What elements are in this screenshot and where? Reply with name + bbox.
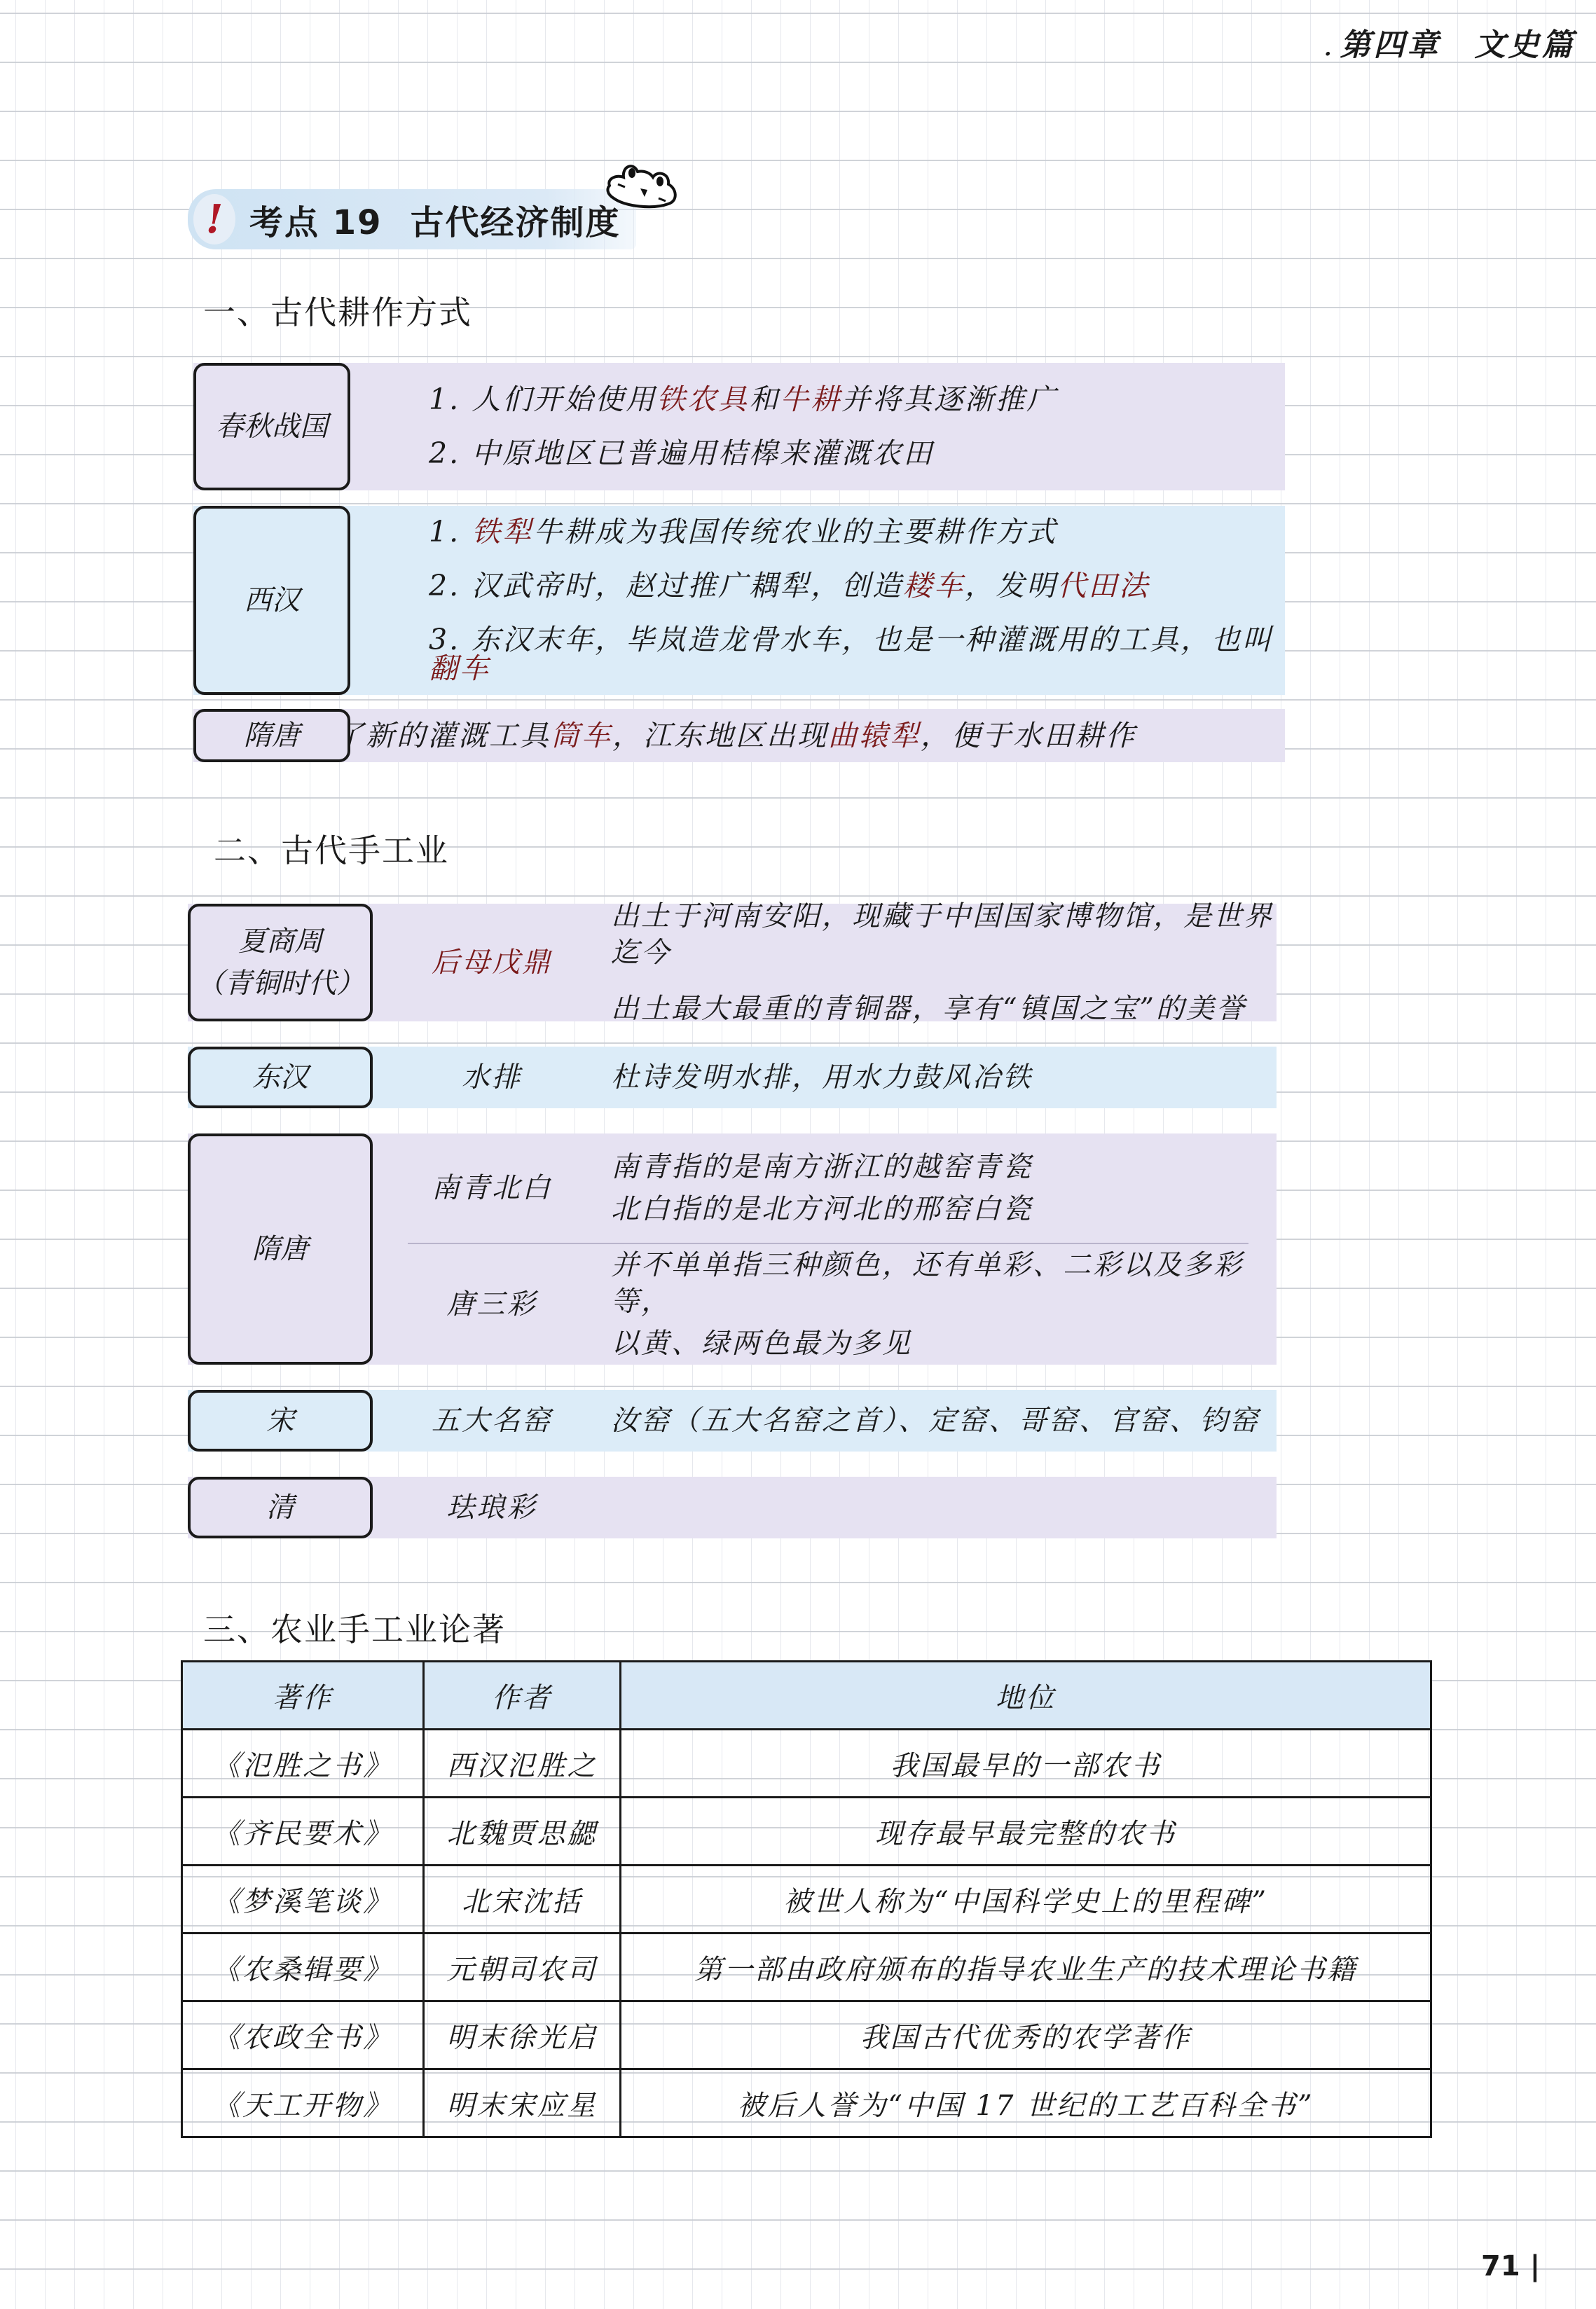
handicraft-row: 夏商周 （青铜时代）后母戊鼎出土于河南安阳，现藏于中国国家博物馆，是世界迄今出土… bbox=[188, 904, 1277, 1021]
text-segment: 牛耕成为我国传统农业的主要耕作方式 bbox=[533, 515, 1057, 549]
treatises-table: 著作 作者 地位 《氾胜之书》西汉氾胜之我国最早的一部农书《齐民要术》北魏贾思勰… bbox=[181, 1660, 1432, 2138]
key-point-label: 考点 19 bbox=[249, 203, 383, 242]
author: 北宋沈括 bbox=[424, 1866, 621, 1934]
detail-line: 2. 中原地区已普遍用桔槔来灌溉农田 bbox=[429, 427, 1285, 481]
section-heading: 一、古代耕作方式 bbox=[203, 287, 472, 333]
detail-line: 3. 东汉末年，毕岚造龙骨水车，也是一种灌溉用的工具，也叫翻车 bbox=[429, 613, 1285, 696]
table-row: 《氾胜之书》西汉氾胜之我国最早的一部农书 bbox=[182, 1730, 1431, 1798]
craft-description: 杜诗发明水排，用水力鼓风冶铁 bbox=[611, 1056, 1277, 1098]
farming-row: 西汉1. 铁犁牛耕成为我国传统农业的主要耕作方式2. 汉武帝时，赵过推广耦犁，创… bbox=[193, 506, 1285, 695]
significance: 被后人誉为“中国 17 世纪的工艺百科全书” bbox=[621, 2069, 1431, 2137]
key-term: 代田法 bbox=[1057, 569, 1150, 602]
text-segment: 2. 中原地区已普遍用桔槔来灌溉农田 bbox=[429, 436, 934, 470]
period-label: 东汉 bbox=[188, 1047, 373, 1108]
description-line: 北白指的是北方河北的邢窑白瓷 bbox=[611, 1188, 1277, 1230]
description-line: 并不单单指三种颜色，还有单彩、二彩以及多彩等， bbox=[611, 1244, 1277, 1323]
key-term: 牛耕 bbox=[780, 382, 841, 416]
chapter-header: .第四章 文史篇 bbox=[1324, 20, 1575, 64]
table-header-row: 著作 作者 地位 bbox=[182, 1662, 1431, 1730]
author: 明末宋应星 bbox=[424, 2069, 621, 2137]
farming-details: 创制了新的灌溉工具筒车，江东地区出现曲辕犁，便于水田耕作 bbox=[193, 709, 1285, 762]
header-dot: . bbox=[1324, 36, 1334, 61]
period-label: 夏商周 （青铜时代） bbox=[188, 904, 373, 1021]
work-title: 《齐民要术》 bbox=[182, 1798, 424, 1866]
craft-description: 汝窑（五大名窑之首）、定窑、哥窑、官窑、钧窑 bbox=[611, 1400, 1277, 1442]
farming-details: 1. 铁犁牛耕成为我国传统农业的主要耕作方式2. 汉武帝时，赵过推广耦犁，创造耧… bbox=[193, 506, 1285, 695]
farming-row: 隋唐创制了新的灌溉工具筒车，江东地区出现曲辕犁，便于水田耕作 bbox=[193, 709, 1285, 762]
handicraft-row: 隋唐南青北白南青指的是南方浙江的越窑青瓷北白指的是北方河北的邢窑白瓷唐三彩并不单… bbox=[188, 1133, 1277, 1365]
author: 北魏贾思勰 bbox=[424, 1798, 621, 1866]
period-label: 宋 bbox=[188, 1390, 373, 1452]
craft-item: 唐三彩并不单单指三种颜色，还有单彩、二彩以及多彩等，以黄、绿两色最为多见 bbox=[373, 1244, 1277, 1365]
table-row: 《农桑辑要》元朝司农司第一部由政府颁布的指导农业生产的技术理论书籍 bbox=[182, 1934, 1431, 2001]
craft-name: 珐琅彩 bbox=[373, 1494, 611, 1522]
key-point-topic: 古代经济制度 bbox=[411, 203, 621, 242]
craft-item: 水排杜诗发明水排，用水力鼓风冶铁 bbox=[373, 1047, 1277, 1108]
period-label: 隋唐 bbox=[193, 709, 350, 762]
craft-name: 水排 bbox=[373, 1063, 611, 1091]
text-segment: 1. bbox=[429, 515, 472, 549]
page-number: 71 | bbox=[1481, 2250, 1540, 2282]
craft-item: 五大名窑汝窑（五大名窑之首）、定窑、哥窑、官窑、钧窑 bbox=[373, 1390, 1277, 1452]
work-title: 《农政全书》 bbox=[182, 2001, 424, 2069]
text-segment: 2. 汉武帝时，赵过推广耦犁，创造 bbox=[429, 569, 903, 602]
detail-line: 2. 汉武帝时，赵过推广耦犁，创造耧车，发明代田法 bbox=[429, 559, 1285, 613]
period-label: 隋唐 bbox=[188, 1133, 373, 1365]
exclamation-icon: ! bbox=[193, 194, 235, 244]
work-title: 《天工开物》 bbox=[182, 2069, 424, 2137]
author: 元朝司农司 bbox=[424, 1934, 621, 2001]
author: 西汉氾胜之 bbox=[424, 1730, 621, 1798]
table-row: 《天工开物》明末宋应星被后人誉为“中国 17 世纪的工艺百科全书” bbox=[182, 2069, 1431, 2137]
farming-details: 1. 人们开始使用铁农具和牛耕并将其逐渐推广2. 中原地区已普遍用桔槔来灌溉农田 bbox=[193, 363, 1285, 490]
work-title: 《农桑辑要》 bbox=[182, 1934, 424, 2001]
key-point-banner: ! 考点 19古代经济制度 bbox=[188, 189, 636, 249]
detail-line: 创制了新的灌溉工具筒车，江东地区出现曲辕犁，便于水田耕作 bbox=[273, 709, 1285, 763]
significance: 现存最早最完整的农书 bbox=[621, 1798, 1431, 1866]
table-row: 《农政全书》明末徐光启我国古代优秀的农学著作 bbox=[182, 2001, 1431, 2069]
craft-description: 出土于河南安阳，现藏于中国国家博物馆，是世界迄今出土最大最重的青铜器，享有“镇国… bbox=[611, 888, 1277, 1037]
detail-line: 1. 人们开始使用铁农具和牛耕并将其逐渐推广 bbox=[429, 373, 1285, 427]
description-line: 出土最大最重的青铜器，享有“镇国之宝”的美誉 bbox=[611, 981, 1277, 1037]
description-line: 南青指的是南方浙江的越窑青瓷 bbox=[611, 1146, 1277, 1188]
period-label: 清 bbox=[188, 1477, 373, 1538]
period-label: 西汉 bbox=[193, 506, 350, 695]
significance: 我国古代优秀的农学著作 bbox=[621, 2001, 1431, 2069]
period-label: 春秋战国 bbox=[193, 363, 350, 490]
craft-name: 南青北白 bbox=[373, 1174, 611, 1202]
significance: 我国最早的一部农书 bbox=[621, 1730, 1431, 1798]
key-term: 铁农具 bbox=[656, 382, 749, 416]
col-header-status: 地位 bbox=[621, 1662, 1431, 1730]
section-heading: 二、古代手工业 bbox=[214, 825, 449, 871]
description-line: 杜诗发明水排，用水力鼓风冶铁 bbox=[611, 1056, 1277, 1098]
col-header-author: 作者 bbox=[424, 1662, 621, 1730]
section-heading: 三、农业手工业论著 bbox=[203, 1604, 506, 1650]
craft-item: 珐琅彩 bbox=[373, 1477, 1277, 1538]
table-row: 《梦溪笔谈》北宋沈括被世人称为“中国科学史上的里程碑” bbox=[182, 1866, 1431, 1934]
key-term: 铁犁 bbox=[472, 515, 533, 549]
key-point-title: 考点 19古代经济制度 bbox=[249, 195, 621, 244]
detail-line: 1. 铁犁牛耕成为我国传统农业的主要耕作方式 bbox=[429, 505, 1285, 559]
craft-name: 后母戊鼎 bbox=[373, 949, 611, 977]
significance: 被世人称为“中国科学史上的里程碑” bbox=[621, 1866, 1431, 1934]
handicraft-row: 东汉水排杜诗发明水排，用水力鼓风冶铁 bbox=[188, 1047, 1277, 1108]
significance: 第一部由政府颁布的指导农业生产的技术理论书籍 bbox=[621, 1934, 1431, 2001]
craft-description: 并不单单指三种颜色，还有单彩、二彩以及多彩等，以黄、绿两色最为多见 bbox=[611, 1244, 1277, 1365]
handicraft-row: 宋五大名窑汝窑（五大名窑之首）、定窑、哥窑、官窑、钧窑 bbox=[188, 1390, 1277, 1452]
key-term: 筒车 bbox=[551, 719, 612, 752]
frog-mascot-icon bbox=[604, 158, 681, 214]
col-header-work: 著作 bbox=[182, 1662, 424, 1730]
work-title: 《氾胜之书》 bbox=[182, 1730, 424, 1798]
craft-description: 南青指的是南方浙江的越窑青瓷北白指的是北方河北的邢窑白瓷 bbox=[611, 1146, 1277, 1230]
key-term: 耧车 bbox=[903, 569, 965, 602]
description-line: 汝窑（五大名窑之首）、定窑、哥窑、官窑、钧窑 bbox=[611, 1400, 1277, 1442]
handicraft-row: 清珐琅彩 bbox=[188, 1477, 1277, 1538]
chapter-title: 第四章 文史篇 bbox=[1340, 27, 1575, 63]
author: 明末徐光启 bbox=[424, 2001, 621, 2069]
text-segment: 并将其逐渐推广 bbox=[841, 382, 1057, 416]
farming-row: 春秋战国1. 人们开始使用铁农具和牛耕并将其逐渐推广2. 中原地区已普遍用桔槔来… bbox=[193, 363, 1285, 490]
craft-name: 五大名窑 bbox=[373, 1407, 611, 1435]
craft-item: 后母戊鼎出土于河南安阳，现藏于中国国家博物馆，是世界迄今出土最大最重的青铜器，享… bbox=[373, 888, 1277, 1037]
key-term: 曲辕犁 bbox=[828, 719, 921, 752]
key-term: 翻车 bbox=[429, 652, 490, 685]
text-segment: 3. 东汉末年，毕岚造龙骨水车，也是一种灌溉用的工具，也叫 bbox=[429, 623, 1273, 656]
craft-name: 唐三彩 bbox=[373, 1290, 611, 1318]
text-segment: ，便于水田耕作 bbox=[921, 719, 1136, 752]
work-title: 《梦溪笔谈》 bbox=[182, 1866, 424, 1934]
text-segment: 1. 人们开始使用 bbox=[429, 382, 656, 416]
description-line: 以黄、绿两色最为多见 bbox=[611, 1323, 1277, 1365]
text-segment: ，江东地区出现 bbox=[612, 719, 828, 752]
description-line: 出土于河南安阳，现藏于中国国家博物馆，是世界迄今 bbox=[611, 888, 1277, 981]
text-segment: ，发明 bbox=[965, 569, 1057, 602]
craft-item: 南青北白南青指的是南方浙江的越窑青瓷北白指的是北方河北的邢窑白瓷 bbox=[373, 1133, 1277, 1243]
text-segment: 和 bbox=[749, 382, 780, 416]
table-row: 《齐民要术》北魏贾思勰现存最早最完整的农书 bbox=[182, 1798, 1431, 1866]
